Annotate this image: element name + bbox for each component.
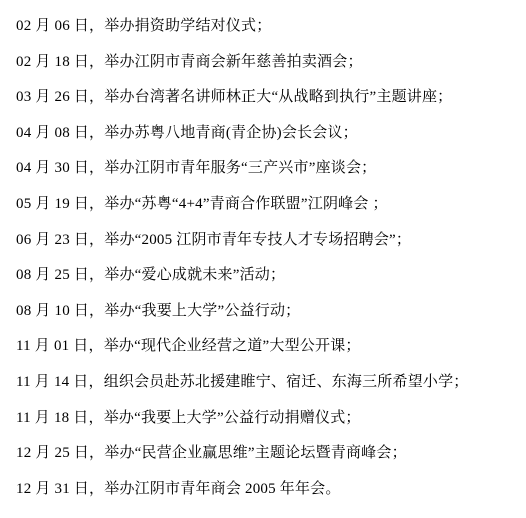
event-line: 12 月 31 日，举办江阴市青年商会 2005 年年会。 bbox=[16, 472, 518, 508]
event-line: 02 月 18 日，举办江阴市青商会新年慈善拍卖酒会； bbox=[16, 45, 518, 81]
document-body: 02 月 06 日，举办捐资助学结对仪式； 02 月 18 日，举办江阴市青商会… bbox=[0, 0, 526, 507]
event-line: 11 月 18 日，举办“我要上大学”公益行动捐赠仪式； bbox=[16, 401, 518, 437]
event-line: 08 月 10 日，举办“我要上大学”公益行动； bbox=[16, 294, 518, 330]
event-line: 04 月 30 日，举办江阴市青年服务“三产兴市”座谈会； bbox=[16, 151, 518, 187]
event-line: 11 月 14 日，组织会员赴苏北援建睢宁、宿迁、东海三所希望小学； bbox=[16, 365, 518, 401]
event-line: 06 月 23 日，举办“2005 江阴市青年专技人才专场招聘会”； bbox=[16, 223, 518, 259]
event-line: 02 月 06 日，举办捐资助学结对仪式； bbox=[16, 9, 518, 45]
event-line: 12 月 25 日，举办“民营企业赢思维”主题论坛暨青商峰会； bbox=[16, 436, 518, 472]
event-line: 05 月 19 日，举办“苏粤“4+4”青商合作联盟”江阴峰会 ； bbox=[16, 187, 518, 223]
event-line: 11 月 01 日，举办“现代企业经营之道”大型公开课； bbox=[16, 329, 518, 365]
event-line: 04 月 08 日，举办苏粤八地青商(青企协)会长会议； bbox=[16, 116, 518, 152]
event-line: 03 月 26 日，举办台湾著名讲师林正大“从战略到执行”主题讲座； bbox=[16, 80, 518, 116]
event-line: 08 月 25 日，举办“爱心成就未来”活动； bbox=[16, 258, 518, 294]
